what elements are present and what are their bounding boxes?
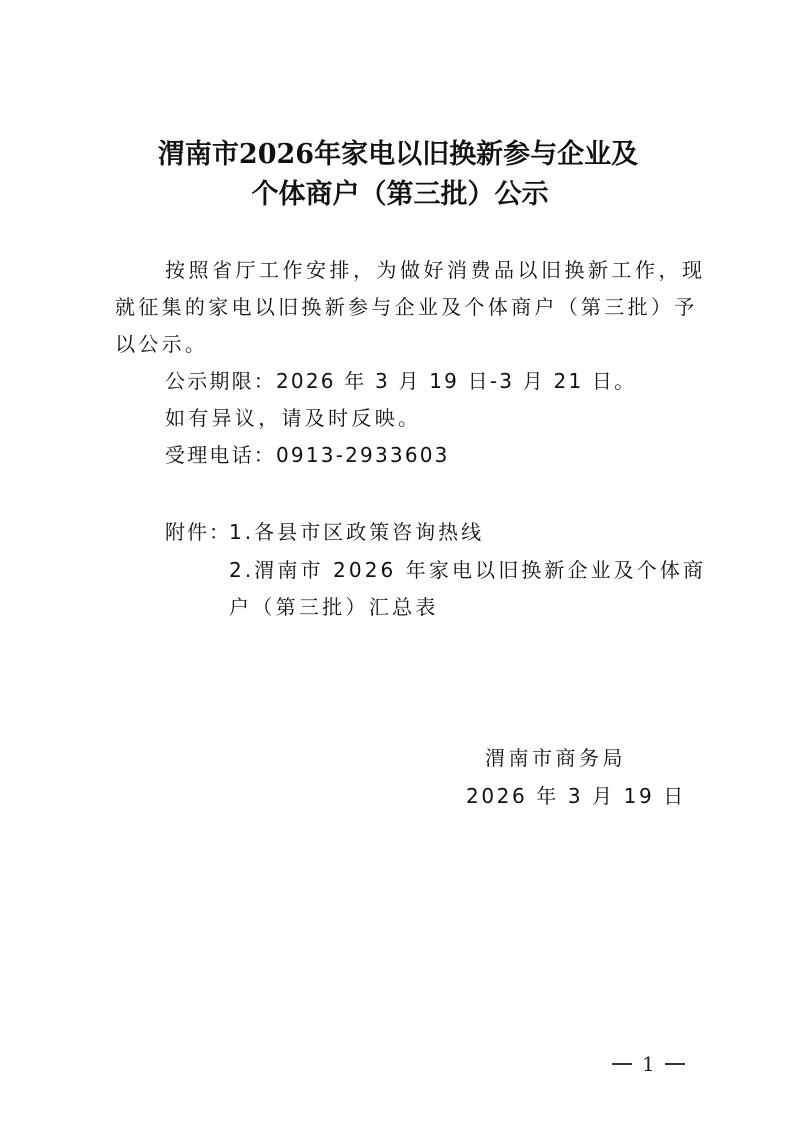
contact-phone: 受理电话：0913-2933603 [165,440,450,470]
body-paragraph-line-2: 就征集的家电以旧换新参与企业及个体商户（第三批）予 [115,292,698,322]
attachment-item-2-line-1: 2.渭南市 2026 年家电以旧换新企业及个体商 [229,555,706,585]
document-page: 渭南市2026年家电以旧换新参与企业及 个体商户（第三批）公示 按照省厅工作安排… [0,0,800,1132]
page-number-dash-left [612,1063,632,1065]
body-paragraph-line-3: 以公示。 [115,329,208,359]
document-title-line-2: 个体商户（第三批）公示 [0,175,800,215]
attachment-item-2-line-2: 户（第三批）汇总表 [229,592,439,622]
page-number-value: 1 [642,1052,655,1076]
document-title-line-1: 渭南市2026年家电以旧换新参与企业及 [0,135,798,175]
issue-date: 2026 年 3 月 19 日 [466,781,686,811]
body-paragraph-line-1: 按照省厅工作安排，为做好消费品以旧换新工作，现 [165,255,706,285]
issuer-name: 渭南市商务局 [485,743,626,773]
page-number: 1 [612,1052,685,1076]
publicity-period: 公示期限：2026 年 3 月 19 日-3 月 21 日。 [165,366,636,396]
page-number-dash-right [665,1063,685,1065]
attachments-label: 附件： [165,517,231,547]
objection-notice: 如有异议，请及时反映。 [165,403,421,433]
attachment-item-1: 1.各县市区政策咨询热线 [229,517,484,547]
